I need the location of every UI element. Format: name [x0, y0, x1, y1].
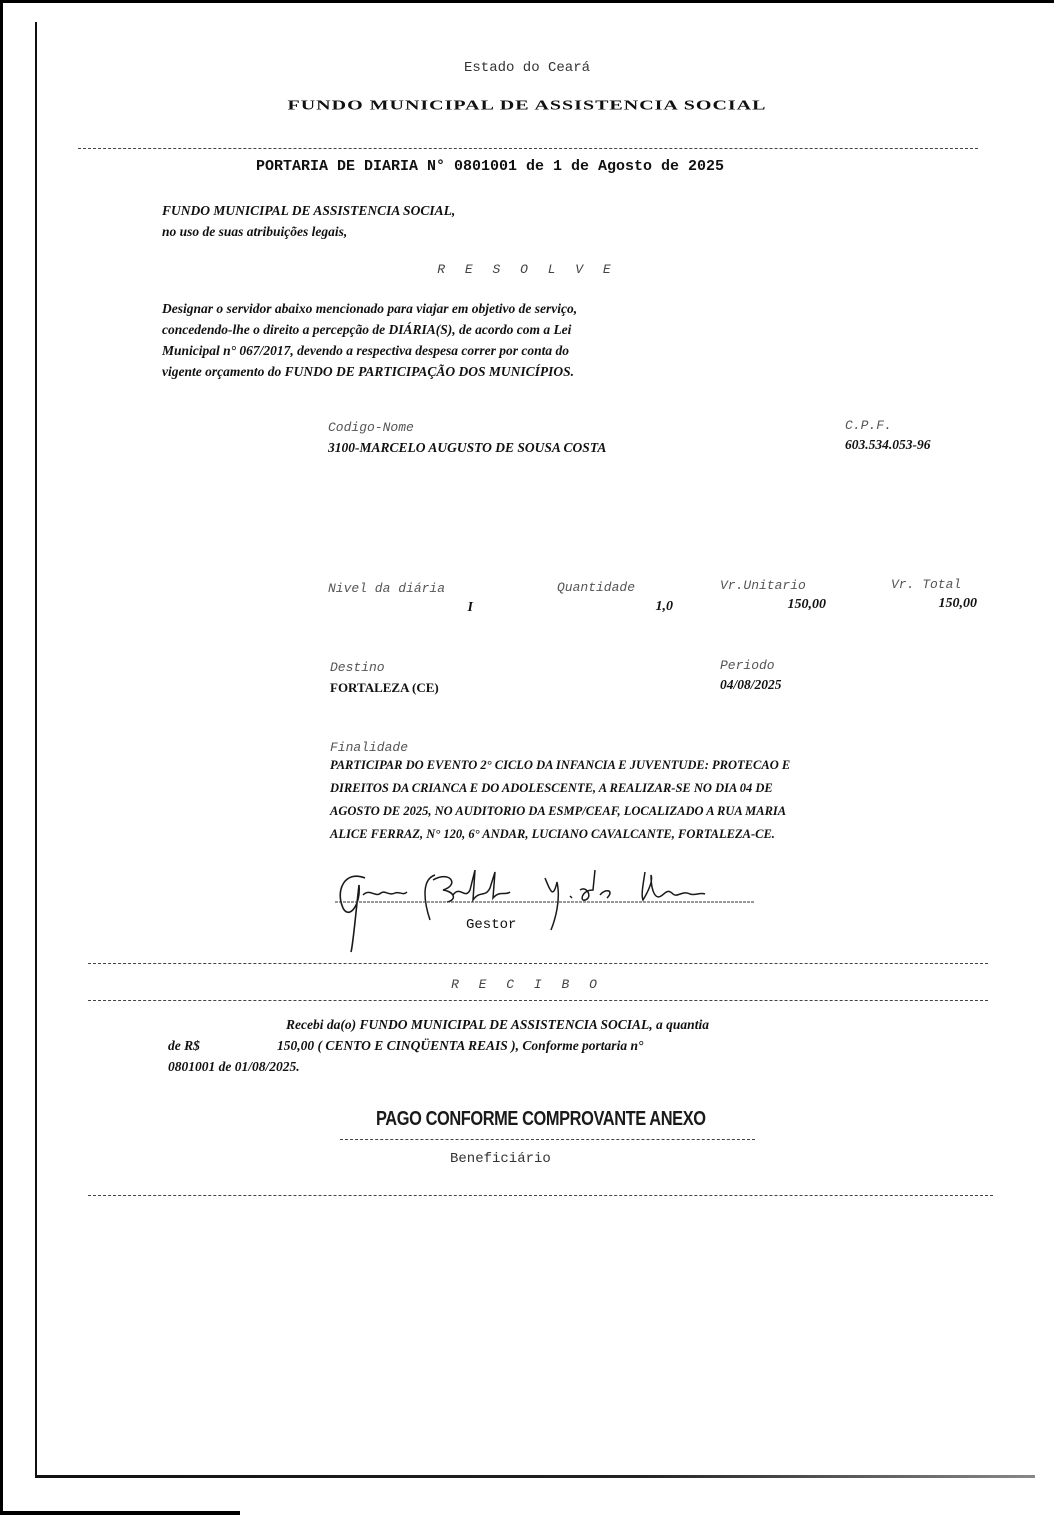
recibo-line: Recebi da(o) FUNDO MUNICIPAL DE ASSISTEN…: [286, 1014, 709, 1035]
periodo-label: Periodo: [720, 658, 775, 673]
destino-label: Destino: [330, 660, 385, 675]
vr-total-label: Vr. Total: [891, 577, 961, 592]
finalidade-line: AGOSTO DE 2025, NO AUDITORIO DA ESMP/CEA…: [330, 804, 786, 819]
beneficiario-signature-line: [340, 1139, 755, 1140]
resolve-text-line: vigente orçamento do FUNDO DE PARTICIPAÇ…: [162, 361, 574, 382]
quantidade-label: Quantidade: [557, 580, 635, 595]
resolve-heading: R E S O L V E: [0, 262, 1054, 277]
organization-title: FUNDO MUNICIPAL DE ASSISTENCIA SOCIAL: [0, 97, 1054, 113]
state-name: Estado do Ceará: [0, 60, 1054, 76]
divider: [78, 148, 978, 149]
divider: [88, 1000, 988, 1001]
codigo-nome-label: Codigo-Nome: [328, 420, 414, 435]
nivel-value: I: [328, 600, 473, 616]
scan-border-bottom: [0, 1511, 240, 1515]
gestor-signature: [325, 860, 765, 955]
recibo-line: 150,00 ( CENTO E CINQÜENTA REAIS ), Conf…: [277, 1035, 643, 1056]
recibo-line: 0801001 de 01/08/2025.: [168, 1056, 300, 1077]
quantidade-value: 1,0: [557, 599, 673, 615]
nivel-label: Nivel da diária: [328, 581, 445, 596]
page-edge-bottom: [35, 1475, 1035, 1478]
scan-border-left: [0, 0, 3, 1515]
recibo-currency: de R$: [168, 1035, 200, 1056]
resolve-text-line: Designar o servidor abaixo mencionado pa…: [162, 298, 577, 319]
cpf-label: C.P.F.: [845, 418, 892, 433]
preamble-line: FUNDO MUNICIPAL DE ASSISTENCIA SOCIAL,: [162, 200, 455, 221]
scan-border-top: [0, 0, 1054, 3]
codigo-nome-value: 3100-MARCELO AUGUSTO DE SOUSA COSTA: [328, 440, 606, 456]
periodo-value: 04/08/2025: [720, 677, 782, 693]
finalidade-line: PARTICIPAR DO EVENTO 2° CICLO DA INFANCI…: [330, 758, 790, 773]
divider: [88, 1195, 993, 1196]
divider: [88, 963, 988, 964]
finalidade-label: Finalidade: [330, 740, 408, 755]
vr-unitario-label: Vr.Unitario: [720, 578, 806, 593]
finalidade-line: ALICE FERRAZ, N° 120, 6° ANDAR, LUCIANO …: [330, 827, 775, 842]
resolve-text-line: Municipal n° 067/2017, devendo a respect…: [162, 340, 569, 361]
vr-total-value: 150,00: [860, 596, 977, 612]
cpf-value: 603.534.053-96: [845, 437, 931, 453]
destino-value: FORTALEZA (CE): [330, 680, 439, 696]
recibo-heading: R E C I B O: [0, 977, 1054, 992]
portaria-title: PORTARIA DE DIARIA N° 0801001 de 1 de Ag…: [0, 158, 980, 175]
resolve-text-line: concedendo-lhe o direito a percepção de …: [162, 319, 571, 340]
finalidade-line: DIREITOS DA CRIANCA E DO ADOLESCENTE, A …: [330, 781, 773, 796]
vr-unitario-value: 150,00: [720, 597, 826, 613]
preamble-line: no uso de suas atribuições legais,: [162, 221, 347, 242]
beneficiario-label: Beneficiário: [450, 1151, 551, 1167]
page-edge-left: [35, 22, 37, 1478]
gestor-label: Gestor: [466, 917, 516, 933]
paid-stamp: PAGO CONFORME COMPROVANTE ANEXO: [376, 1108, 706, 1131]
